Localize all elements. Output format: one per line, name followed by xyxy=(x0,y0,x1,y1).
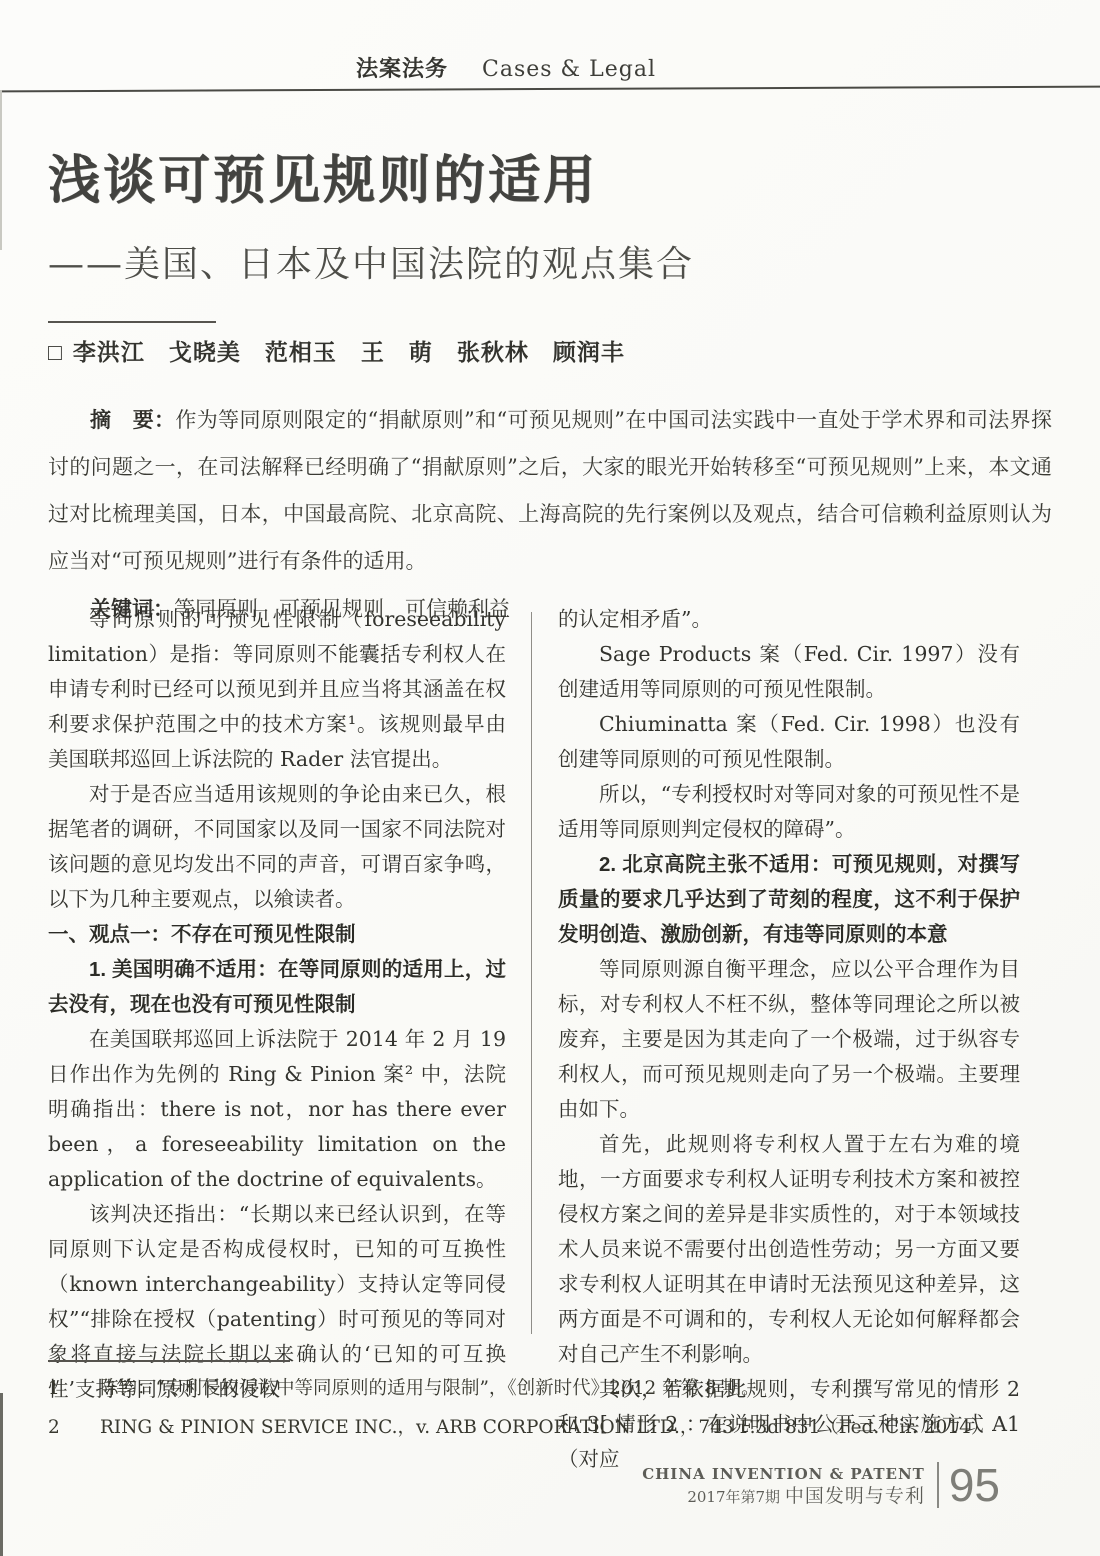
article-title: 浅谈可预见规则的适用 xyxy=(48,138,1048,213)
page-footer: CHINA INVENTION & PATENT 2017年第7期 中国发明与专… xyxy=(642,1462,1000,1508)
journal-name-cn: 中国发明与专利 xyxy=(785,1485,925,1507)
section-header: 法案法务 Cases & Legal xyxy=(0,52,1100,83)
body-columns: 等同原则的可预见性限制（foreseeability limitation）是指… xyxy=(48,602,1020,1477)
authors-divider xyxy=(48,321,216,323)
footnote-text: 陈钧：“专利侵权诉讼中等同原则的适用与限制”，《创新时代》2012 年第 8 期… xyxy=(100,1376,1048,1402)
footnote-row: 1 陈钧：“专利侵权诉讼中等同原则的适用与限制”，《创新时代》2012 年第 8… xyxy=(48,1376,1048,1402)
footnote-row: 2 RING & PINION SERVICE INC.，v. ARB CORP… xyxy=(48,1415,1048,1441)
body-paragraph: 的认定相矛盾”。 xyxy=(558,602,1020,637)
journal-issue-line: 2017年第7期 中国发明与专利 xyxy=(642,1485,925,1508)
section-heading-1: 一、观点一：不存在可预见性限制 xyxy=(48,917,506,952)
author-marker-icon: □ xyxy=(48,339,63,365)
body-paragraph: Sage Products 案（Fed. Cir. 1997）没有创建适用等同原… xyxy=(558,637,1020,707)
authors-names: 李洪江 戈晓美 范相玉 王 萌 张秋林 顾润丰 xyxy=(73,339,625,365)
left-column: 等同原则的可预见性限制（foreseeability limitation）是指… xyxy=(48,602,506,1477)
abstract-label: 摘 要： xyxy=(90,407,175,432)
footer-divider-bar xyxy=(937,1462,939,1508)
column-divider xyxy=(531,612,532,1334)
journal-name-en: CHINA INVENTION & PATENT xyxy=(642,1463,925,1485)
footnote-number: 1 xyxy=(48,1376,100,1402)
header-divider xyxy=(0,86,1100,93)
body-paragraph: 首先，此规则将专利权人置于左右为难的境地，一方面要求专利权人证明专利技术方案和被… xyxy=(558,1127,1020,1372)
section-title-en: Cases & Legal xyxy=(482,57,656,82)
footnotes: 1 陈钧：“专利侵权诉讼中等同原则的适用与限制”，《创新时代》2012 年第 8… xyxy=(48,1376,1048,1454)
scan-artifact xyxy=(0,1393,3,1556)
footnote-divider xyxy=(48,1360,290,1362)
body-paragraph: 等同原则源自衡平理念，应以公平合理作为目标，对专利权人不枉不纵，整体等同理论之所… xyxy=(558,952,1020,1127)
article-subtitle: ——美国、日本及中国法院的观点集合 xyxy=(48,236,1048,287)
scan-edge-shade xyxy=(0,90,2,250)
body-paragraph: 等同原则的可预见性限制（foreseeability limitation）是指… xyxy=(48,602,506,777)
abstract-paragraph: 摘 要：作为等同原则限定的“捐献原则”和“可预见规则”在中国司法实践中一直处于学… xyxy=(48,396,1052,585)
magazine-page: 法案法务 Cases & Legal 浅谈可预见规则的适用 ——美国、日本及中国… xyxy=(0,0,1100,1556)
authors-line: □李洪江 戈晓美 范相玉 王 萌 张秋林 顾润丰 xyxy=(48,334,1048,367)
body-paragraph: Chiuminatta 案（Fed. Cir. 1998）也没有创建等同原则的可… xyxy=(558,707,1020,777)
footnote-number: 2 xyxy=(48,1415,100,1441)
right-column: 的认定相矛盾”。 Sage Products 案（Fed. Cir. 1997）… xyxy=(558,602,1020,1477)
subsection-heading-2: 2. 北京高院主张不适用：可预见规则，对撰写质量的要求几乎达到了苛刻的程度，这不… xyxy=(558,847,1020,952)
page-number: 95 xyxy=(949,1462,1000,1508)
section-title-cn: 法案法务 xyxy=(356,56,448,81)
footer-journal-block: CHINA INVENTION & PATENT 2017年第7期 中国发明与专… xyxy=(642,1463,925,1508)
body-paragraph: 对于是否应当适用该规则的争论由来已久，根据笔者的调研，不同国家以及同一国家不同法… xyxy=(48,777,506,917)
journal-issue: 2017年第7期 xyxy=(687,1488,780,1506)
subsection-heading-1: 1. 美国明确不适用：在等同原则的适用上，过去没有，现在也没有可预见性限制 xyxy=(48,952,506,1022)
body-paragraph: 在美国联邦巡回上诉法院于 2014 年 2 月 19 日作出作为先例的 Ring… xyxy=(48,1022,506,1197)
abstract-block: 摘 要：作为等同原则限定的“捐献原则”和“可预见规则”在中国司法实践中一直处于学… xyxy=(48,396,1052,633)
footnote-text: RING & PINION SERVICE INC.，v. ARB CORPOR… xyxy=(100,1415,1048,1441)
body-paragraph: 所以，“专利授权时对等同对象的可预见性不是适用等同原则判定侵权的障碍”。 xyxy=(558,777,1020,847)
abstract-text: 作为等同原则限定的“捐献原则”和“可预见规则”在中国司法实践中一直处于学术界和司… xyxy=(48,408,1052,573)
